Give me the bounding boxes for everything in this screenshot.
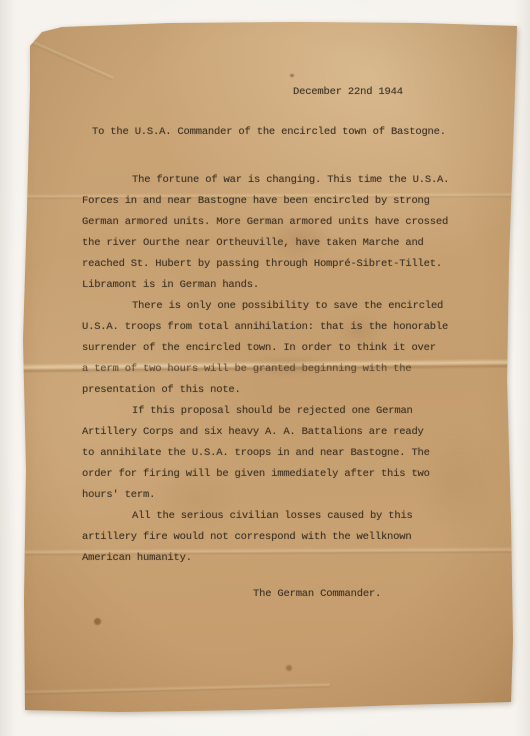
paper-speck — [290, 74, 294, 77]
letter-line: order for firing will be given immediate… — [82, 464, 449, 485]
paper-speck — [94, 618, 101, 625]
letter-paper-wrapper: December 22nd 1944 To the U.S.A. Command… — [0, 0, 530, 736]
letter-line: All the serious civilian losses caused b… — [82, 506, 449, 527]
letter-line: to annihilate the U.S.A. troops in and n… — [82, 443, 449, 464]
letter-line: Artillery Corps and six heavy A. A. Batt… — [82, 422, 449, 443]
letter-line: a term of two hours will be granted begi… — [82, 359, 449, 380]
letter-line: American humanity. — [82, 548, 449, 569]
letter-line: reached St. Hubert by passing through Ho… — [82, 254, 449, 275]
letter-line: U.S.A. troops from total annihilation: t… — [82, 317, 449, 338]
letter-body: The fortune of war is changing. This tim… — [82, 170, 449, 569]
paper-speck — [286, 665, 292, 671]
letter-line: The fortune of war is changing. This tim… — [82, 170, 449, 191]
letter-line: presentation of this note. — [82, 380, 449, 401]
letter-line: hours' term. — [82, 485, 449, 506]
paper-crease — [20, 682, 330, 696]
letter-line: artillery fire would not correspond with… — [82, 527, 449, 548]
letter-salutation: To the U.S.A. Commander of the encircled… — [92, 122, 446, 143]
scanned-document-background: December 22nd 1944 To the U.S.A. Command… — [0, 0, 530, 736]
paper-corner-crease — [25, 38, 113, 80]
letter-line: Forces in and near Bastogne have been en… — [82, 191, 449, 212]
letter-signature: The German Commander. — [253, 584, 381, 605]
letter-line: There is only one possibility to save th… — [82, 296, 449, 317]
letter-line: German armored units. More German armore… — [82, 212, 449, 233]
letter-line: the river Ourthe near Ortheuville, have … — [82, 233, 449, 254]
letter-line: surrender of the encircled town. In orde… — [82, 338, 449, 359]
letter-date: December 22nd 1944 — [293, 82, 403, 103]
letter-line: Libramont is in German hands. — [82, 275, 449, 296]
letter-line: If this proposal should be rejected one … — [82, 401, 449, 422]
letter-paper-sheet: December 22nd 1944 To the U.S.A. Command… — [0, 0, 530, 736]
